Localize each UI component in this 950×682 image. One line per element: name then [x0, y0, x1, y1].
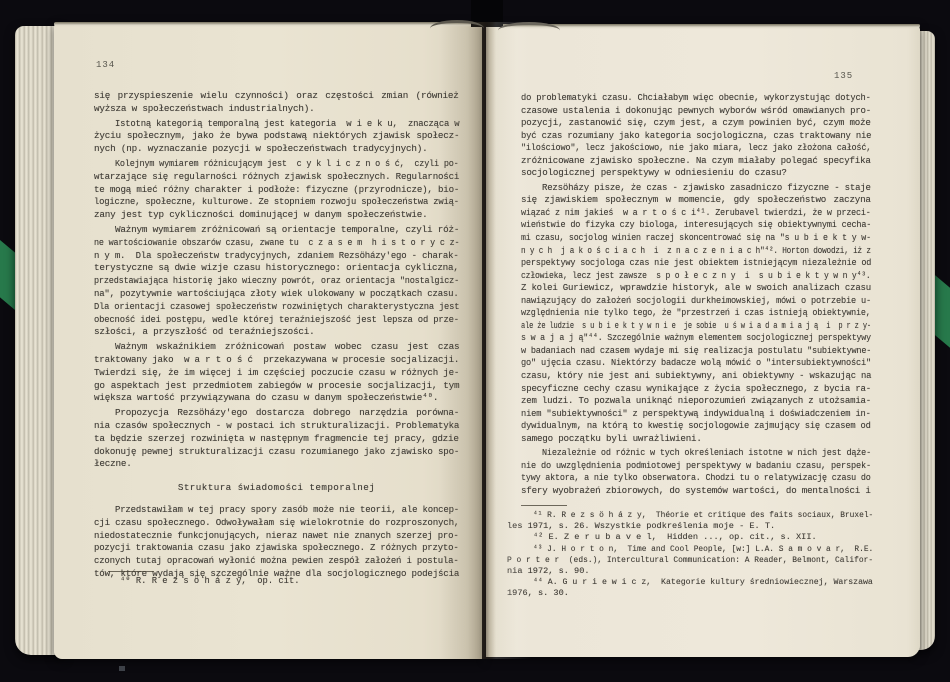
text-line: specyficzne cechy czasu wynikające z życ… — [521, 383, 871, 396]
text-line: nych (np. wyznaczanie pozycji w społecze… — [94, 143, 459, 156]
text-line: się zjawiskiem społecznym w momencie, gd… — [521, 194, 871, 207]
text-line: "ilościowo", lecz jakościowo, nie jako m… — [521, 142, 871, 155]
text-line: logiczne, społeczne, kulturowe. Ze stopn… — [94, 196, 459, 209]
text-line: obecność idei postępu, wedle której tera… — [94, 314, 459, 327]
text-line: pozycji traktowania czasu jako zjawiska … — [94, 542, 459, 555]
text-line: życiu społecznym, jako że bywa podstawą … — [94, 130, 459, 143]
text-line: Ważnym wymiarem zróżnicowań są orientacj… — [94, 224, 459, 237]
footnote: ⁴⁴ A. G u r i e w i c z, Kategorie kultu… — [507, 577, 873, 599]
text-line: n y c h j a k o ś c i a c h i z n a c z … — [521, 245, 871, 258]
text-line: ta będzie szerzej rozwinięta w następnym… — [94, 433, 459, 446]
text-line: traktowany jako w a r t o ś ć przekazywa… — [94, 354, 459, 367]
text-line: pozycji, zastanowić się, czym jest, a cz… — [521, 117, 871, 130]
text-line: wiązać z nim jakieś w a r t o ś c i⁴¹. Z… — [521, 207, 871, 220]
text-line: szłości, a przyszłość od teraźniejszości… — [94, 326, 459, 339]
text-line: ⁴¹ R. R e z s ö h á z y, Théorie et crit… — [507, 510, 873, 521]
text-line: większa wartość przywiązywana do czasu w… — [94, 392, 459, 405]
footnote: ⁴¹ R. R e z s ö h á z y, Théorie et crit… — [507, 510, 873, 532]
text-line: P o r t e r (eds.), Intercultural Commun… — [507, 555, 873, 566]
text-line: Rezsöházy pisze, że czas - zjawisko zasa… — [521, 182, 871, 195]
text-line: być czas rozumiany jako kategoria socjol… — [521, 130, 871, 143]
scanned-book-spread: 134 się przyspieszenie wielu czynności) … — [0, 0, 950, 682]
text-line: te mogą mieć różny charakter i podłoże: … — [94, 184, 459, 197]
left-page-body-text: się przyspieszenie wielu czynności) oraz… — [94, 90, 459, 581]
text-line: nie do uwzględnienia podmiotowej perspek… — [521, 460, 871, 473]
text-line: s w a j a j ą"⁴⁴. Szczególnie ważnym ele… — [521, 332, 871, 345]
left-page: 134 się przyspieszenie wielu czynności) … — [54, 22, 482, 659]
paragraph: Rezsöházy pisze, że czas - zjawisko zasa… — [521, 182, 871, 445]
footnote: ⁴⁰ R. R e z s ö h á z y, op. cit. — [94, 576, 459, 588]
text-line: w badaniach nad czasem wydaje mi się rea… — [521, 345, 871, 358]
text-line: cji czasu społecznego. Odwoływałam się w… — [94, 517, 459, 530]
paragraph: Istotną kategorią temporalną jest katego… — [94, 118, 459, 156]
text-line: socjologicznej perspektywy w odniesieniu… — [521, 167, 871, 180]
text-line: 1976, s. 30. — [507, 588, 873, 599]
scan-artifact — [119, 666, 125, 671]
text-line: czasowe ustalenia i dokonując pewnych wy… — [521, 105, 871, 118]
text-line: Propozycja Rezsöházy'ego dostarcza dobre… — [94, 407, 459, 420]
footnote-list: ⁴¹ R. R e z s ö h á z y, Théorie et crit… — [507, 510, 873, 600]
paragraph: Ważnym wymiarem zróżnicowań są orientacj… — [94, 224, 459, 339]
text-line: Z kolei Guriewicz, wprawdzie historyk, a… — [521, 282, 871, 295]
text-line: terystyczne są dwie wizje czasu historyc… — [94, 262, 459, 275]
footnote-rule — [521, 505, 567, 506]
text-line: tywy aktora, a nie tylko obserwatora. Ch… — [521, 472, 871, 485]
text-line: wtarzające się regularności różnych zjaw… — [94, 171, 459, 184]
text-line: do problematyki czasu. Chciałabym więc o… — [521, 92, 871, 105]
footnote-list: ⁴⁰ R. R e z s ö h á z y, op. cit. — [94, 576, 459, 588]
text-line: nia 1972, s. 90. — [507, 566, 873, 577]
text-line: perspektywy socjologa czas nie jest obie… — [521, 257, 871, 270]
footnote-rule — [108, 571, 154, 572]
text-line: Twierdzi się, że im więcej i im częściej… — [94, 367, 459, 380]
text-line: Ważnym wskaźnikiem zróżnicowań postaw wo… — [94, 341, 459, 354]
text-line: les 1971, s. 26. Wszystkie podkreślenia … — [507, 521, 873, 532]
text-line: Istotną kategorią temporalną jest katego… — [94, 118, 459, 131]
text-line: przedstawiająca historię jako wieczny po… — [94, 275, 459, 288]
text-line: Przedstawiłam w tej pracy spory zasób mo… — [94, 504, 459, 517]
text-line: sfery wyobrażeń zbiorowych, do systemów … — [521, 485, 871, 498]
text-line: ne wartościowanie obszarów czasu, zwane … — [94, 237, 459, 250]
text-line: niem "subiektywności" z perspektywą indy… — [521, 408, 871, 421]
footnote: ⁴³ J. H o r t o n, Time and Cool People,… — [507, 544, 873, 578]
text-line: wieństwie do fizyka czy biologa, interes… — [521, 219, 871, 232]
paragraph: się przyspieszenie wielu czynności) oraz… — [94, 90, 459, 116]
text-line: dokonuję pewnej strukturalizacji czasu r… — [94, 446, 459, 459]
page-number-right: 135 — [834, 71, 853, 81]
text-line: ale że ludzie s u b i e k t y w n i e je… — [521, 320, 871, 333]
text-line: zróżnicowane zjawisko społeczne. Na czym… — [521, 155, 871, 168]
page-top-curl-left — [430, 20, 484, 37]
right-page-body-text: do problematyki czasu. Chciałabym więc o… — [521, 92, 871, 498]
text-line: zem ludzi. To pozwala uniknąć nieporozum… — [521, 395, 871, 408]
text-line: nawiązujący do założeń socjologii durkhe… — [521, 295, 871, 308]
paragraph: Niezależnie od różnic w tych określeniac… — [521, 447, 871, 497]
text-line: go aspektach jest przedmiotem zabiegów w… — [94, 380, 459, 393]
right-page-footnotes: ⁴¹ R. R e z s ö h á z y, Théorie et crit… — [507, 499, 873, 600]
text-line: ⁴² E. Z e r u b a v e l, Hidden ..., op.… — [507, 532, 873, 543]
paragraph: Ważnym wskaźnikiem zróżnicowań postaw wo… — [94, 341, 459, 405]
paragraph: Kolejnym wymiarem różnicującym jest c y … — [94, 158, 459, 222]
text-line: czasu, który nie jest ani subiektywny, a… — [521, 370, 871, 383]
text-line: niedostatecznie funkcjonujących, nieraz … — [94, 530, 459, 543]
text-line: Kolejnym wymiarem różnicującym jest c y … — [94, 158, 459, 171]
text-line: zany jest typ cykliczności dominującej w… — [94, 209, 459, 222]
text-line: się przyspieszenie wielu czynności) oraz… — [94, 90, 459, 103]
paragraph: Propozycja Rezsöházy'ego dostarcza dobre… — [94, 407, 459, 471]
text-line: względnienia nie tylko tego, że "przestr… — [521, 307, 871, 320]
footnote: ⁴² E. Z e r u b a v e l, Hidden ..., op.… — [507, 532, 873, 543]
text-line: ⁴³ J. H o r t o n, Time and Cool People,… — [507, 544, 873, 555]
page-top-curl-right — [498, 22, 560, 39]
text-line: nia czasów społecznych - w postaci ich s… — [94, 420, 459, 433]
text-line: wyższa w społeczeństwach industrialnych)… — [94, 103, 459, 116]
text-line: łeczne. — [94, 458, 459, 471]
section-heading: Struktura świadomości temporalnej — [94, 482, 459, 495]
text-line: dywidualnym, na którą to kwestię socjolo… — [521, 420, 871, 433]
text-line: samego początku byli uwrażliwieni. — [521, 433, 871, 446]
page-number-left: 134 — [96, 60, 115, 70]
text-line: człowieka, lecz jest zawsze s p o ł e c … — [521, 270, 871, 283]
text-line: Niezależnie od różnic w tych określeniac… — [521, 447, 871, 460]
left-page-footnotes: ⁴⁰ R. R e z s ö h á z y, op. cit. — [94, 565, 459, 588]
paragraph: do problematyki czasu. Chciałabym więc o… — [521, 92, 871, 180]
text-line: n y m. Dla społeczeństw tradycyjnych, zd… — [94, 250, 459, 263]
text-line: na", pozytywnie wartościująca złoty wiek… — [94, 288, 459, 301]
text-line: ⁴⁴ A. G u r i e w i c z, Kategorie kultu… — [507, 577, 873, 588]
text-line: Dla orientacji czasowej społeczeństw roz… — [94, 301, 459, 314]
text-line: mi czasu, socjolog winien raczej skoncen… — [521, 232, 871, 245]
text-line: ⁴⁰ R. R e z s ö h á z y, op. cit. — [94, 576, 459, 588]
text-line: go" ujęcia czasu. Niektórzy badacze wolą… — [521, 357, 871, 370]
right-page: 135 do problematyki czasu. Chciałabym wi… — [486, 24, 920, 657]
